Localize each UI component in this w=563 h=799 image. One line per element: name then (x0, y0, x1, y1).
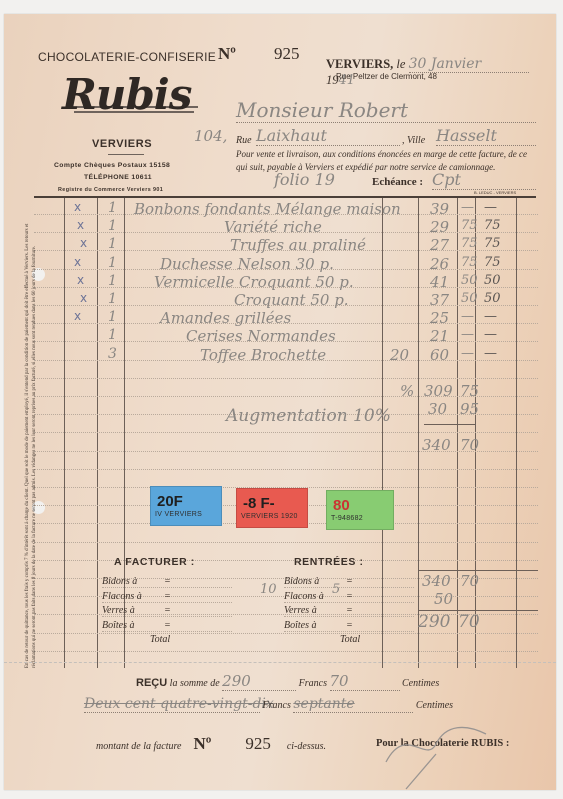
item-cents: 75 (461, 218, 478, 233)
bill-row-flacons: Flacons à= (102, 591, 232, 602)
invoice-sheet: Chocolaterie-Confiserie Rubis VERVIERS C… (4, 14, 556, 790)
due-value: Cpt (432, 170, 536, 190)
telephone: TÉLÉPHONE 10611 (84, 174, 152, 181)
item-check-dash: 75 (484, 255, 501, 270)
item-qty: 1 (108, 255, 117, 271)
net-total-cents: 70 (458, 612, 480, 632)
bill-total-label: Total (150, 634, 170, 645)
returns-total-label: Total (340, 634, 360, 645)
item-description: Toffee Brochette (200, 346, 326, 364)
ruled-line (34, 542, 538, 543)
ruled-line (34, 432, 538, 433)
table-top-rule (34, 196, 536, 198)
item-amount: 27 (430, 236, 449, 254)
net-repeat-cents: 70 (460, 572, 479, 590)
returns-amount: 50 (434, 590, 453, 608)
item-qty: 1 (108, 309, 117, 325)
signature (366, 714, 516, 794)
check-mark: x (80, 291, 87, 305)
receipt-line-2: Deux cent quatre-vingt-dix Francs septan… (84, 696, 453, 713)
item-qty: 1 (108, 236, 117, 252)
item-amount: 21 (430, 327, 449, 345)
bill-row-bidons: Bidons à= (102, 576, 232, 587)
check-mark: x (74, 309, 81, 323)
item-check-dash: — (484, 200, 497, 215)
bill-row-boîtes: Boîtes à= (102, 620, 232, 631)
rubis-logo: Rubis (44, 68, 209, 130)
item-cents: — (461, 200, 474, 215)
item-check-dash: — (484, 327, 497, 342)
company-address: Rue Peltzer de Clermont, 48 (336, 72, 437, 81)
bill-heading: A FACTURER : (114, 556, 195, 568)
item-amount: 29 (430, 218, 449, 236)
receipt-cents: 70 (330, 672, 400, 691)
item-check-dash: — (484, 309, 497, 324)
item-qty: 1 (108, 291, 117, 307)
ruled-line (34, 469, 538, 470)
item-check-dash: 75 (484, 236, 501, 251)
item-description: Variété riche (224, 218, 322, 236)
item-cents: — (461, 309, 474, 324)
revenue-stamp-8f: -8 F- VERVIERS 1920 (236, 488, 308, 528)
item-amount: 25 (430, 309, 449, 327)
flacons-qty: 10 (260, 582, 277, 597)
item-qty: 1 (108, 273, 117, 289)
ruled-line (34, 378, 538, 379)
invoice-number: 925 (274, 44, 300, 64)
street-label: Rue (236, 134, 252, 147)
cents-in-words: septante (293, 696, 413, 713)
returns-row-bidons: Bidons à= (284, 576, 414, 587)
subtotal-amount: 309 (424, 382, 453, 400)
check-mark: x (74, 255, 81, 269)
item-description: Vermicelle Croquant 50 p. (154, 273, 354, 291)
amount-in-words: Deux cent quatre-vingt-dix (84, 696, 260, 713)
item-unit-price: 20 (390, 346, 409, 364)
margin-conditions: En cas de retour de quittance, tous les … (24, 208, 48, 668)
check-mark: x (80, 236, 87, 250)
subtotal-cents: 75 (460, 382, 479, 400)
divider (108, 154, 144, 155)
flacons-price: 5 (332, 582, 340, 597)
item-description: Croquant 50 p. (234, 291, 349, 309)
house-number: 104, (194, 127, 227, 145)
postal-account: Compte Chèques Postaux 15158 (54, 162, 170, 169)
item-cents: 50 (461, 273, 478, 288)
item-amount: 26 (430, 255, 449, 273)
printer-mark: B. LEDUC - VERVIERS (474, 190, 516, 195)
check-mark: x (74, 200, 81, 214)
item-description: Cerises Normandes (186, 327, 336, 345)
item-cents: 75 (461, 255, 478, 270)
check-mark: x (77, 273, 84, 287)
item-qty: 1 (108, 327, 117, 343)
check-mark: x (77, 218, 84, 232)
subtotal-mark: % (400, 382, 414, 400)
surcharge-cents: 95 (460, 400, 479, 418)
item-cents: — (461, 327, 474, 342)
trade-register: Registre du Commerce Verviers 901 (58, 187, 163, 193)
folio-note: folio 19 (274, 170, 335, 189)
total-amount: 340 (422, 436, 451, 454)
ruled-line (34, 633, 538, 634)
item-qty: 1 (108, 218, 117, 234)
item-cents: 75 (461, 236, 478, 251)
net-repeat-amount: 340 (422, 572, 451, 590)
item-check-dash: 50 (484, 273, 501, 288)
returns-row-flacons: Flacons à= (284, 591, 414, 602)
customer-city: Hasselt (436, 126, 536, 146)
item-qty: 3 (108, 346, 117, 362)
city-label: , Ville (402, 134, 425, 147)
item-description: Duchesse Nelson 30 p. (160, 255, 334, 273)
surcharge-amount: 30 (428, 400, 447, 418)
bill-row-verres: Verres à= (102, 605, 232, 616)
returns-row-verres: Verres à= (284, 605, 414, 616)
company-city: VERVIERS (92, 138, 152, 150)
customer-street: Laixhaut (256, 126, 400, 146)
item-amount: 41 (430, 273, 449, 291)
net-total: 290 (418, 612, 450, 632)
receipt-line-1: REÇU la somme de 290 Francs 70 Centimes (136, 672, 439, 691)
item-check-dash: 75 (484, 218, 501, 233)
item-qty: 1 (108, 200, 117, 216)
item-amount: 37 (430, 291, 449, 309)
returns-heading: RENTRÉES : (294, 556, 364, 568)
receipt-line-3: montant de la facture Nº 925 ci-dessus. (96, 734, 326, 754)
receipt-amount: 290 (222, 672, 296, 691)
surcharge-description: Augmentation 10% (226, 406, 391, 426)
total-cents: 70 (460, 436, 479, 454)
item-description: Truffes au praliné (230, 236, 366, 254)
item-description: Bonbons fondants Mélange maison (134, 200, 401, 218)
customer-name: Monsieur Robert (236, 98, 536, 123)
perforation (4, 662, 556, 663)
item-cents: — (461, 346, 474, 361)
ruled-line (34, 560, 538, 561)
item-cents: 50 (461, 291, 478, 306)
invoice-no-label: Nº (218, 44, 236, 64)
due-label: Echéance : (372, 176, 423, 188)
company-type: Chocolaterie-Confiserie (38, 50, 216, 64)
ruled-line (34, 651, 538, 652)
revenue-stamp-80: 80 T-948682 (326, 490, 394, 530)
item-amount: 39 (430, 200, 449, 218)
item-amount: 60 (430, 346, 449, 364)
revenue-stamp-20f: 20F IV VERVIERS (150, 486, 222, 526)
returns-row-boîtes: Boîtes à= (284, 620, 414, 631)
item-check-dash: — (484, 346, 497, 361)
date-handwritten: 30 Janvier (409, 56, 529, 73)
item-check-dash: 50 (484, 291, 501, 306)
item-description: Amandes grillées (160, 309, 291, 327)
